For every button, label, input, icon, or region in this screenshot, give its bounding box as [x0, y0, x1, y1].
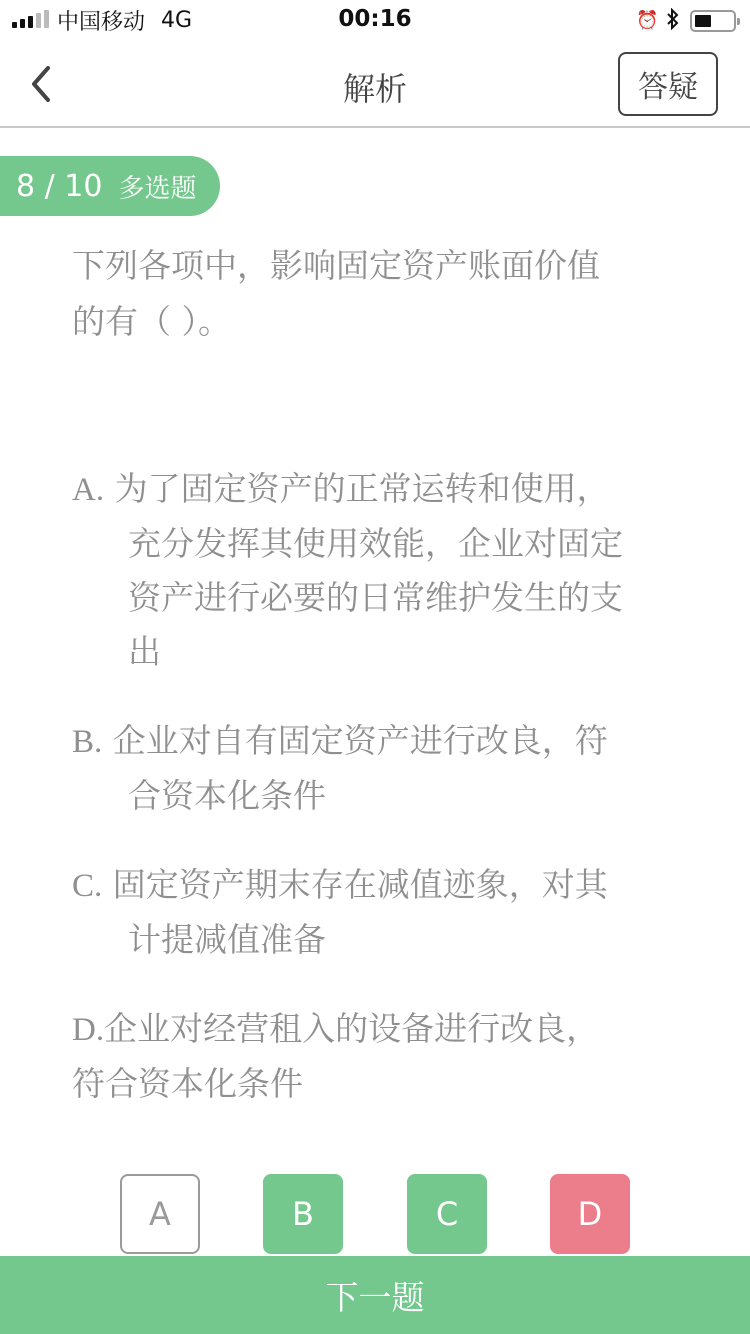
option-letter: C. — [72, 868, 102, 904]
option-text: 资产进行必要的日常维护发生的支 — [72, 571, 682, 625]
question-badge: 8 / 10 多选题 — [0, 156, 220, 216]
question-progress: 8 / 10 — [16, 169, 102, 204]
option-text: 合资本化条件 — [72, 769, 682, 823]
bluetooth-icon — [666, 8, 680, 33]
answer-chip-a[interactable]: A — [120, 1174, 200, 1254]
option-letter: A. — [72, 472, 104, 508]
option-text: 充分发挥其使用效能，企业对固定 — [72, 517, 682, 571]
option-c: C. 固定资产期末存在减值迹象，对其 计提减值准备 — [72, 858, 682, 967]
question-type: 多选题 — [118, 168, 196, 205]
option-text: 企业对经营租入的设备进行改良， — [104, 1009, 599, 1048]
option-text: 固定资产期末存在减值迹象，对其 — [113, 865, 608, 904]
alarm-icon: ⏰ — [636, 11, 656, 31]
answer-chip-b[interactable]: B — [263, 1174, 343, 1254]
question-line: 下列各项中，影响固定资产账面价值 — [72, 238, 672, 294]
option-d: D.企业对经营租入的设备进行改良， 符合资本化条件 — [72, 1002, 682, 1111]
nav-bar: 解析 答疑 — [0, 40, 750, 128]
option-text: 出 — [72, 625, 682, 679]
answer-chips: A B C D — [0, 1174, 750, 1254]
question-text: 下列各项中，影响固定资产账面价值 的有（ ）。 — [72, 238, 672, 350]
option-letter: B. — [72, 724, 102, 760]
option-letter: D. — [72, 1012, 104, 1048]
option-text: 计提减值准备 — [72, 913, 682, 967]
question-line: 的有（ ）。 — [72, 294, 672, 350]
status-right: ⏰ — [636, 8, 736, 33]
answer-chip-d[interactable]: D — [550, 1174, 630, 1254]
next-question-button[interactable]: 下一题 — [0, 1256, 750, 1334]
option-text: 企业对自有固定资产进行改良，符 — [113, 721, 608, 760]
option-a: A. 为了固定资产的正常运转和使用， 充分发挥其使用效能，企业对固定 资产进行必… — [72, 462, 682, 679]
status-bar: 中国移动 4G 00:16 ⏰ — [0, 0, 750, 40]
ask-question-button[interactable]: 答疑 — [618, 52, 718, 116]
option-text: 符合资本化条件 — [72, 1057, 682, 1111]
battery-icon — [690, 10, 736, 32]
answer-chip-c[interactable]: C — [407, 1174, 487, 1254]
option-text: 为了固定资产的正常运转和使用， — [115, 469, 610, 508]
option-b: B. 企业对自有固定资产进行改良，符 合资本化条件 — [72, 714, 682, 823]
